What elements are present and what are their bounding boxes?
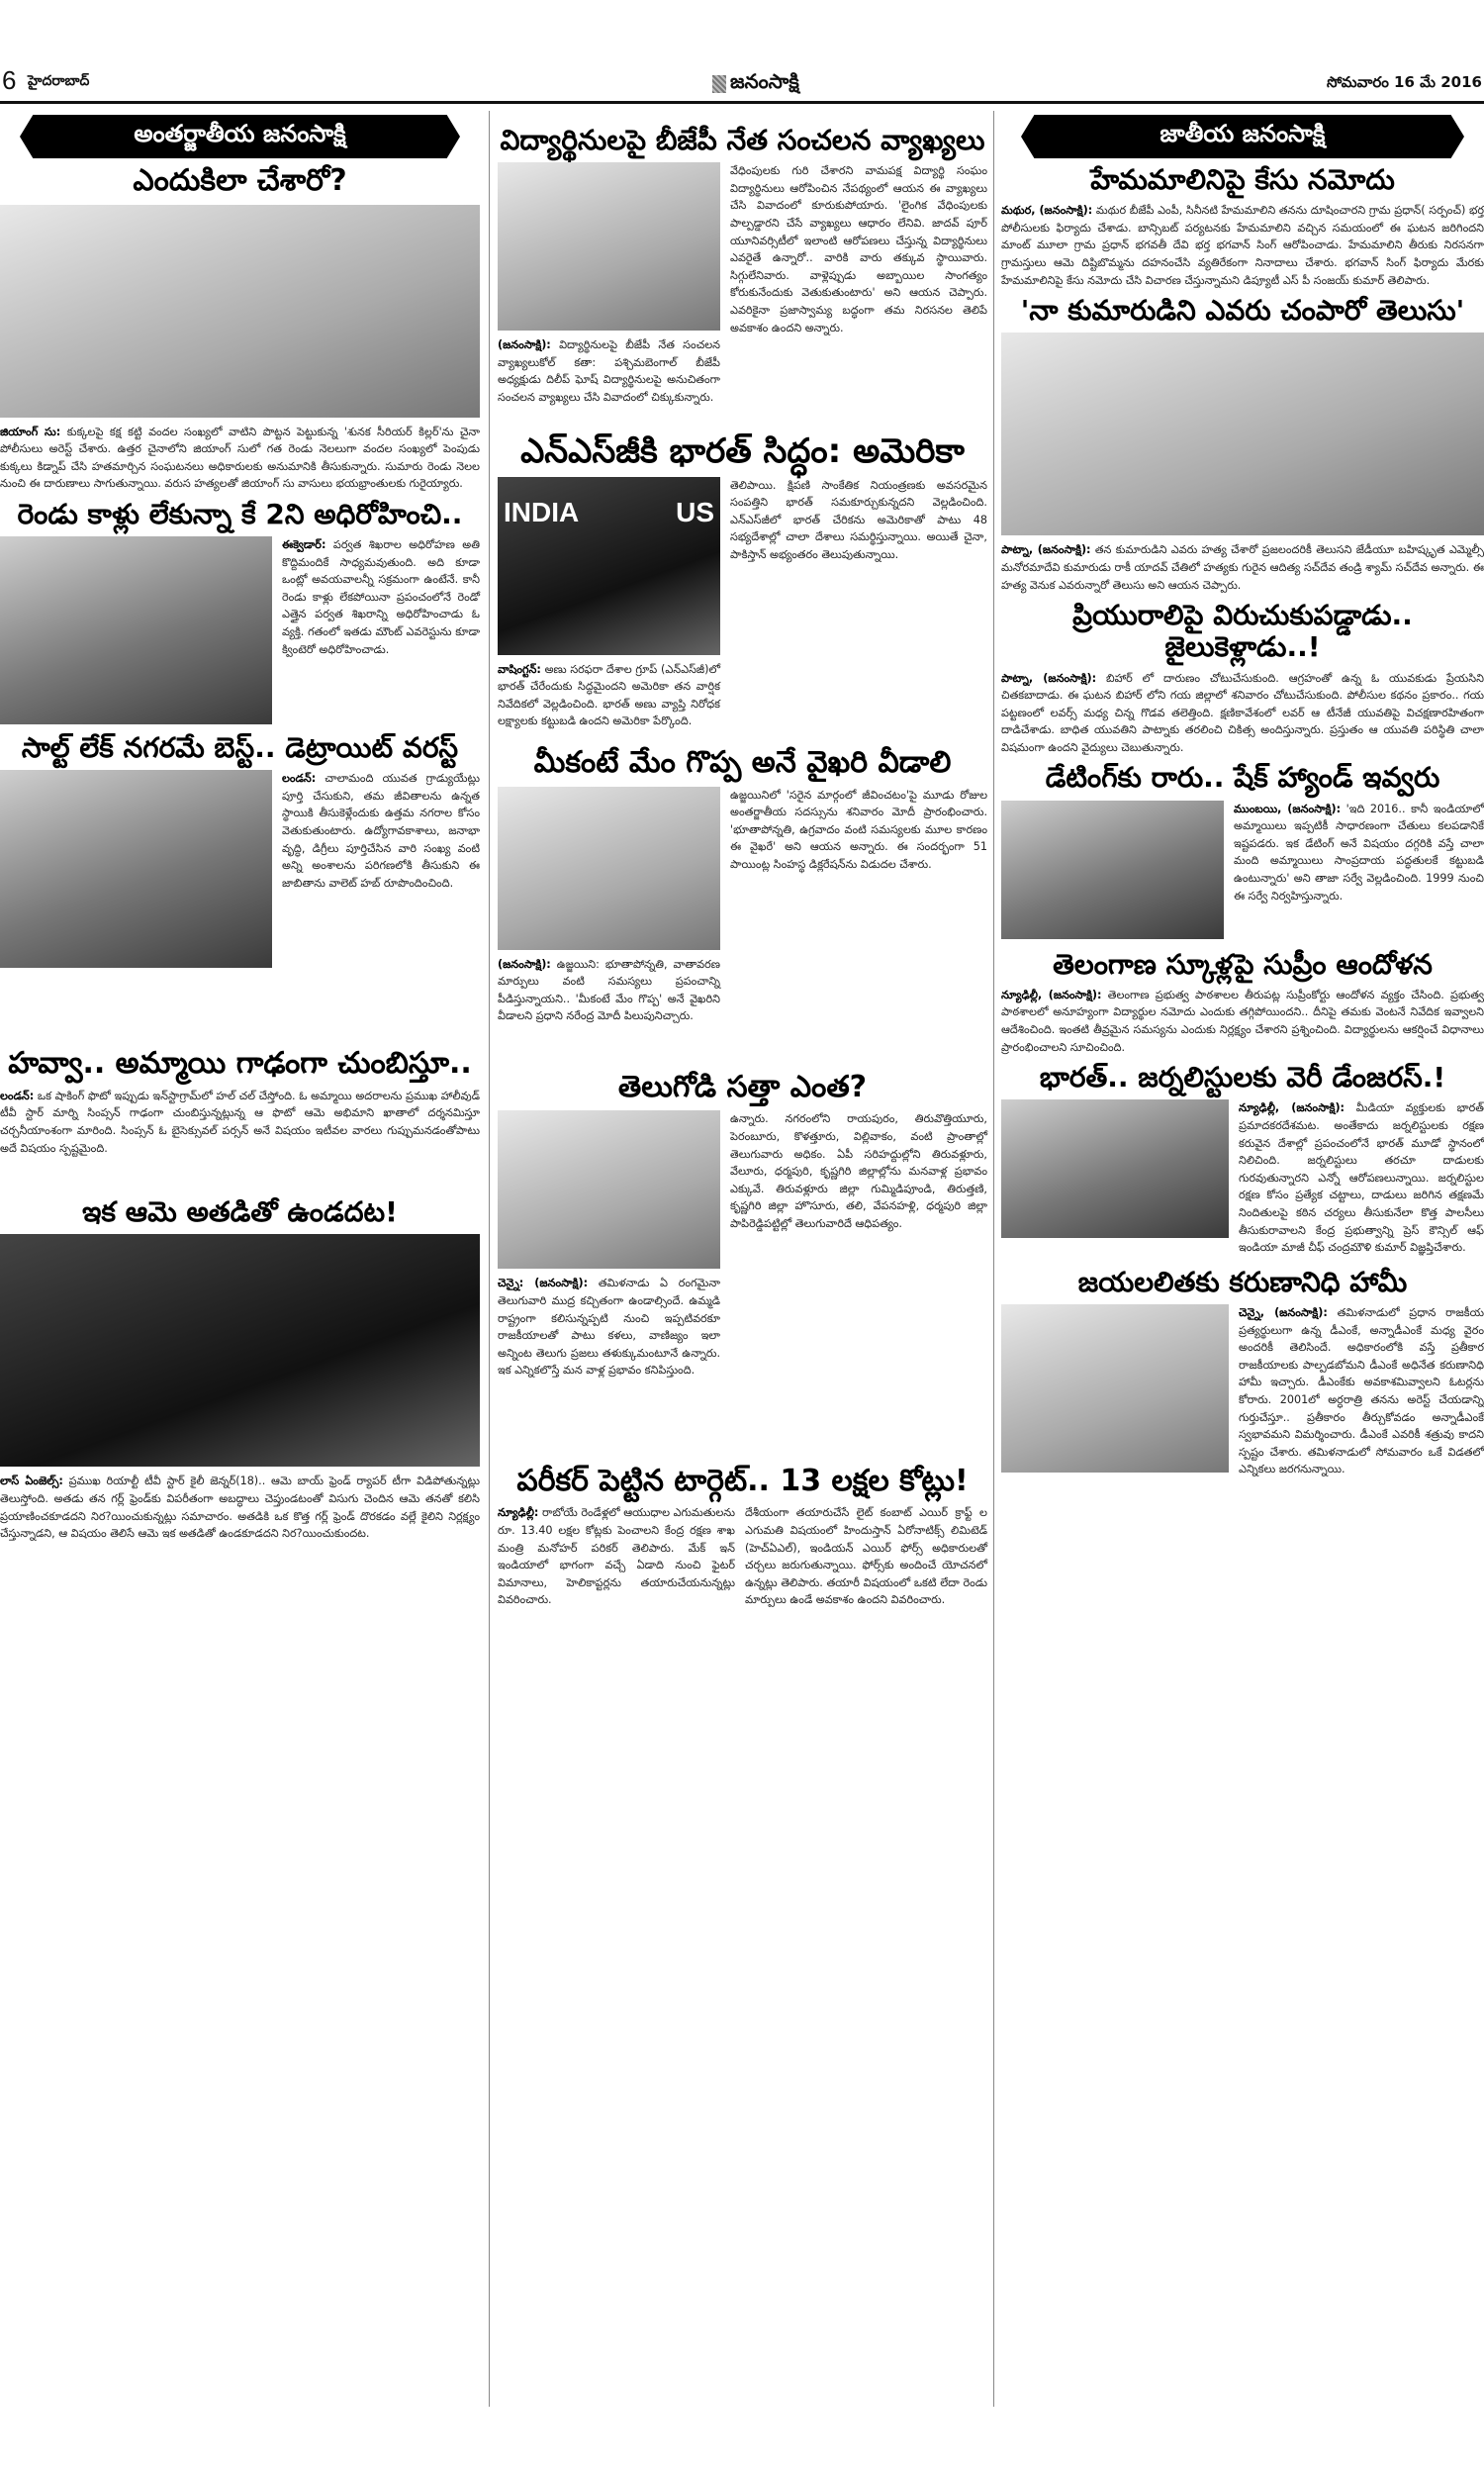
article-body: జియాంగ్ సు: కుక్కలపై కక్ష కట్టి వందల సంఖ… bbox=[0, 424, 480, 493]
article-body-continued: వేధింపులకు గురి చేశారని వామపక్ష విద్యార్… bbox=[730, 162, 987, 412]
city-skyline-photo bbox=[0, 770, 272, 968]
article: హవ్వా.. అమ్మాయి గాఢంగా చుంబిస్తూ.. లండన్… bbox=[0, 1047, 480, 1157]
article-body-continued: దేశీయంగా తయారుచేసే లైట్ కంబాట్ ఎయిర్ క్ర… bbox=[745, 1504, 987, 1609]
article: ఎన్‌ఎస్‌జీకి భారత్ సిద్ధం: అమెరికా INDIA… bbox=[498, 432, 987, 736]
newspaper-page: 6 హైదరాబాద్ జనంసాక్షి సోమవారం 16 మే 2016… bbox=[0, 61, 1484, 2407]
dateline: లండన్: bbox=[0, 1090, 34, 1102]
article: మీకంటే మేం గొప్ప అనే వైఖరి వీడాలి (జనంసా… bbox=[498, 746, 987, 1031]
celebrity-couple-photo bbox=[0, 1234, 480, 1467]
headline: విద్యార్థినులపై బీజేపీ నేత సంచలన వ్యాఖ్య… bbox=[498, 125, 987, 156]
issue-date: సోమవారం 16 మే 2016 bbox=[1327, 73, 1482, 95]
page-number: 6 bbox=[2, 65, 16, 96]
brand-logo-icon bbox=[712, 75, 726, 93]
article-body: (జనంసాక్షి): ఉజ్జయిని: భూతాపోన్నతి, వాతా… bbox=[498, 956, 720, 1025]
headline: డేటింగ్‌కు రారు.. షేక్ హ్యాండ్ ఇవ్వరు bbox=[1001, 762, 1484, 794]
dateline: (జనంసాక్షి): bbox=[498, 958, 551, 971]
article-body-continued: ఉన్నారు. నగరంలోని రాయపురం, తిరువొత్తియూర… bbox=[730, 1110, 987, 1385]
article: ఇక ఆమె అతడితో ఉండదట! లాస్ ఏంజెల్స్: ప్రమ… bbox=[0, 1196, 480, 1543]
image-label: INDIA bbox=[504, 497, 579, 528]
dateline: చెన్నై, (జనంసాక్షి): bbox=[1239, 1306, 1328, 1319]
article: 'నా కుమారుడిని ఎవరు చంపారో తెలుసు' పాట్న… bbox=[1001, 295, 1484, 594]
article-body: మథుర, (జనంసాక్షి): మథుర బీజేపీ ఎంపీ, సిన… bbox=[1001, 202, 1484, 289]
dateline: చెన్నై: (జనంసాక్షి): bbox=[498, 1277, 588, 1289]
headline: సాల్ట్ లేక్ నగరమే బెస్ట్.. డెట్రాయిట్ వర… bbox=[0, 732, 480, 764]
modi-event-photo bbox=[498, 787, 720, 950]
article: విద్యార్థినులపై బీజేపీ నేత సంచలన వ్యాఖ్య… bbox=[498, 125, 987, 413]
article-body: న్యూఢిల్లీ, (జనంసాక్షి): మీడియా వ్యక్తుల… bbox=[1239, 1099, 1484, 1256]
dogs-photo bbox=[0, 205, 480, 418]
headline: తెలుగోడి సత్తా ఎంత? bbox=[498, 1071, 987, 1105]
article: తెలంగాణ స్కూళ్లపై సుప్రీం ఆందోళన న్యూఢిల… bbox=[1001, 949, 1484, 1057]
international-column: అంతర్జాతీయ జనంసాక్షి ఎందుకిలా చేశారో? జి… bbox=[0, 111, 480, 1549]
article-body: లాస్ ఏంజెల్స్: ప్రముఖ రియాల్టీ టీవీ స్టా… bbox=[0, 1473, 480, 1542]
india-us-flags-photo: INDIA US bbox=[498, 477, 720, 655]
couple-seaside-photo bbox=[1001, 801, 1224, 939]
article-body: ఈక్వెడార్: పర్వత శిఖరాల అధిరోహణ అతి కొద్… bbox=[282, 536, 480, 724]
article-body: (జనంసాక్షి): విద్యార్థినులపై బీజేపీ నేత … bbox=[498, 336, 720, 406]
article-body: పాట్నా, (జనంసాక్షి): బిహార్ లో దారుణం చో… bbox=[1001, 670, 1484, 757]
headline: జయలలితకు కరుణానిధి హామీ bbox=[1001, 1267, 1484, 1298]
article-body: పాట్నా, (జనంసాక్షి): తన కుమారుడిని ఎవరు … bbox=[1001, 541, 1484, 594]
section-banner: జాతీయ జనంసాక్షి bbox=[1021, 115, 1464, 158]
politicians-trio-photo bbox=[498, 1110, 720, 1269]
middle-column: విద్యార్థినులపై బీజేపీ నేత సంచలన వ్యాఖ్య… bbox=[498, 111, 987, 1609]
journalists-photo bbox=[1001, 1099, 1229, 1238]
article: జయలలితకు కరుణానిధి హామీ చెన్నై, (జనంసాక్… bbox=[1001, 1267, 1484, 1478]
headline: 'నా కుమారుడిని ఎవరు చంపారో తెలుసు' bbox=[1001, 295, 1484, 327]
article-body-continued: తెలిపాయి. క్షిపణి సాంకేతిక నియంత్రణకు అవ… bbox=[730, 477, 987, 736]
headline: ప్రియురాలిపై విరుచుకుపడ్డాడు.. జైలుకెళ్ల… bbox=[1001, 600, 1484, 663]
article-body: లండన్: చాలామంది యువత గ్రాడ్యుయేట్లు పూర్… bbox=[282, 770, 480, 968]
dateline: లండన్: bbox=[282, 772, 316, 785]
article: హేమమాలినిపై కేసు నమోదు మథుర, (జనంసాక్షి)… bbox=[1001, 164, 1484, 289]
headline: భారత్.. జర్నలిస్టులకు వెరీ డేంజరస్.! bbox=[1001, 1062, 1484, 1094]
grieving-father-photo bbox=[1001, 333, 1484, 535]
headline: రెండు కాళ్లు లేకున్నా కే 2ని అధిరోహించి.… bbox=[0, 499, 480, 530]
article-body: న్యూఢిల్లీ: రాబోయే రెండేళ్లలో ఆయుధాల ఎగు… bbox=[498, 1504, 735, 1609]
article: భారత్.. జర్నలిస్టులకు వెరీ డేంజరస్.! న్య… bbox=[1001, 1062, 1484, 1257]
dateline: జియాంగ్ సు: bbox=[0, 426, 60, 438]
column-divider bbox=[993, 111, 994, 2407]
dateline: ఈక్వెడార్: bbox=[282, 538, 325, 551]
mountain-photo bbox=[0, 536, 272, 724]
article-body: చెన్నై: (జనంసాక్షి): తమిళనాడు ఏ రంగమైనా … bbox=[498, 1275, 720, 1380]
national-column: జాతీయ జనంసాక్షి హేమమాలినిపై కేసు నమోదు మ… bbox=[1001, 111, 1484, 1478]
headline: ఇక ఆమె అతడితో ఉండదట! bbox=[0, 1196, 480, 1228]
headline: పరీకర్ పెట్టిన టార్గెట్.. 13 లక్షల కోట్ల… bbox=[498, 1465, 987, 1499]
headline: తెలంగాణ స్కూళ్లపై సుప్రీం ఆందోళన bbox=[1001, 949, 1484, 981]
article-body: వాషింగ్టన్: అణు సరఫరా దేశాల గ్రూప్ (ఎన్‌… bbox=[498, 661, 720, 730]
dateline: పాట్నా, (జనంసాక్షి): bbox=[1001, 672, 1096, 685]
column-divider bbox=[489, 111, 490, 2407]
dateline: పాట్నా, (జనంసాక్షి): bbox=[1001, 543, 1091, 556]
headline: ఎన్‌ఎస్‌జీకి భారత్ సిద్ధం: అమెరికా bbox=[498, 432, 987, 471]
article: రెండు కాళ్లు లేకున్నా కే 2ని అధిరోహించి.… bbox=[0, 499, 480, 724]
dateline: మథుర, (జనంసాక్షి): bbox=[1001, 204, 1092, 217]
dateline: న్యూఢిల్లీ, (జనంసాక్షి): bbox=[1239, 1101, 1345, 1114]
article: సాల్ట్ లేక్ నగరమే బెస్ట్.. డెట్రాయిట్ వర… bbox=[0, 732, 480, 968]
masthead: 6 హైదరాబాద్ జనంసాక్షి సోమవారం 16 మే 2016 bbox=[0, 61, 1484, 101]
brand-name: జనంసాక్షి bbox=[730, 69, 799, 98]
brand: జనంసాక్షి bbox=[712, 69, 799, 98]
headline: హేమమాలినిపై కేసు నమోదు bbox=[1001, 164, 1484, 196]
article: పరీకర్ పెట్టిన టార్గెట్.. 13 లక్షల కోట్ల… bbox=[498, 1465, 987, 1609]
dateline: (జనంసాక్షి): bbox=[498, 338, 551, 351]
edition-city: హైదరాబాద్ bbox=[28, 73, 89, 92]
dateline: న్యూఢిల్లీ: bbox=[498, 1506, 538, 1519]
dateline: ముంబయి, (జనంసాక్షి): bbox=[1234, 803, 1341, 815]
dateline: న్యూఢిల్లీ, (జనంసాక్షి): bbox=[1001, 989, 1102, 1001]
section-banner: అంతర్జాతీయ జనంసాక్షి bbox=[20, 115, 460, 158]
headline: హవ్వా.. అమ్మాయి గాఢంగా చుంబిస్తూ.. bbox=[0, 1047, 480, 1082]
headline: మీకంటే మేం గొప్ప అనే వైఖరి వీడాలి bbox=[498, 746, 987, 781]
dateline: వాషింగ్టన్: bbox=[498, 663, 541, 676]
article-body-continued: ఉజ్జయినిలో 'సరైన మార్గంలో జీవించటం'పై మూ… bbox=[730, 787, 987, 1031]
article: ప్రియురాలిపై విరుచుకుపడ్డాడు.. జైలుకెళ్ల… bbox=[1001, 600, 1484, 756]
politician-photo bbox=[498, 162, 720, 331]
article: ఎందుకిలా చేశారో? జియాంగ్ సు: కుక్కలపై కక… bbox=[0, 164, 480, 493]
article-body: న్యూఢిల్లీ, (జనంసాక్షి): తెలంగాణ ప్రభుత్… bbox=[1001, 987, 1484, 1056]
article: తెలుగోడి సత్తా ఎంత? చెన్నై: (జనంసాక్షి):… bbox=[498, 1071, 987, 1385]
masthead-rule bbox=[0, 101, 1484, 104]
headline: ఎందుకిలా చేశారో? bbox=[0, 164, 480, 199]
article-body: చెన్నై, (జనంసాక్షి): తమిళనాడులో ప్రధాన ర… bbox=[1239, 1304, 1484, 1478]
image-label: US bbox=[676, 497, 714, 528]
article-body: ముంబయి, (జనంసాక్షి): 'ఇది 2016.. కానీ ఇం… bbox=[1234, 801, 1484, 939]
karunanidhi-photo bbox=[1001, 1304, 1229, 1473]
article-body: లండన్: ఒక షాకింగ్ ఫొటో ఇప్పుడు ఇన్‌స్టాగ… bbox=[0, 1088, 480, 1157]
article: డేటింగ్‌కు రారు.. షేక్ హ్యాండ్ ఇవ్వరు ము… bbox=[1001, 762, 1484, 938]
dateline: లాస్ ఏంజెల్స్: bbox=[0, 1475, 63, 1487]
